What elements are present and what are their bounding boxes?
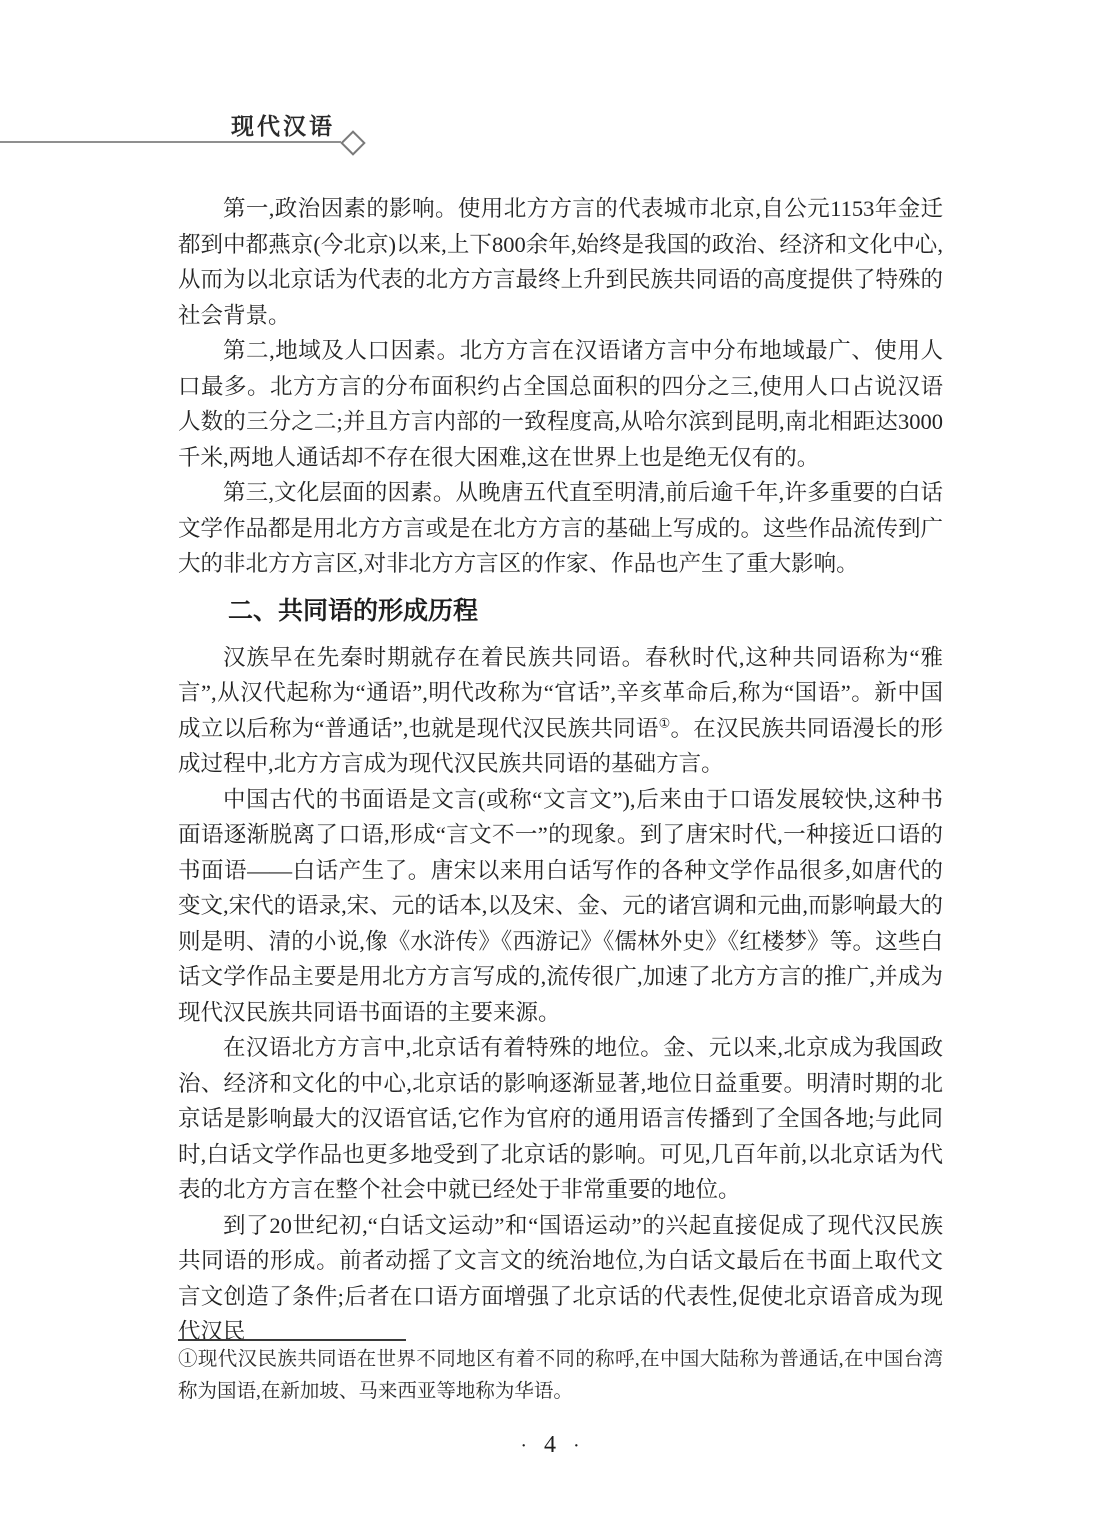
paragraph-political-factor: 第一,政治因素的影响。使用北方方言的代表城市北京,自公元1153年金迁都到中都燕… <box>178 191 943 333</box>
book-page: 现代汉语 第一,政治因素的影响。使用北方方言的代表城市北京,自公元1153年金迁… <box>0 0 1100 1532</box>
page-number-value: 4 <box>544 1432 556 1459</box>
diamond-icon <box>340 130 365 155</box>
paragraph-beijing-dialect-status: 在汉语北方方言中,北京话有着特殊的地位。金、元以来,北京成为我国政治、经济和文化… <box>178 1030 943 1208</box>
paragraph-20th-century-movements: 到了20世纪初,“白话文运动”和“国语运动”的兴起直接促成了现代汉民族共同语的形… <box>178 1208 943 1350</box>
body-text: 第一,政治因素的影响。使用北方方言的代表城市北京,自公元1153年金迁都到中都燕… <box>178 191 943 1350</box>
paragraph-geography-population-factor: 第二,地域及人口因素。北方方言在汉语诸方言中分布地域最广、使用人口最多。北方方言… <box>178 333 943 475</box>
page-number-dot: · <box>520 1436 527 1456</box>
running-head-title: 现代汉语 <box>231 108 335 141</box>
paragraph-common-language-history: 汉族早在先秦时期就存在着民族共同语。春秋时代,这种共同语称为“雅言”,从汉代起称… <box>178 640 943 782</box>
paragraph-cultural-factor: 第三,文化层面的因素。从晚唐五代直至明清,前后逾千年,许多重要的白话文学作品都是… <box>178 475 943 582</box>
footnote-separator <box>178 1339 406 1341</box>
header-rule <box>0 141 341 143</box>
page-number-dot: · <box>573 1436 580 1456</box>
page-number: · 4 · <box>0 1432 1100 1459</box>
section-heading: 二、共同语的形成历程 <box>178 594 943 630</box>
paragraph-classical-vs-vernacular: 中国古代的书面语是文言(或称“文言文”),后来由于口语发展较快,这种书面语逐渐脱… <box>178 782 943 1031</box>
footnote-text: ①现代汉民族共同语在世界不同地区有着不同的称呼,在中国大陆称为普通话,在中国台湾… <box>178 1344 943 1408</box>
